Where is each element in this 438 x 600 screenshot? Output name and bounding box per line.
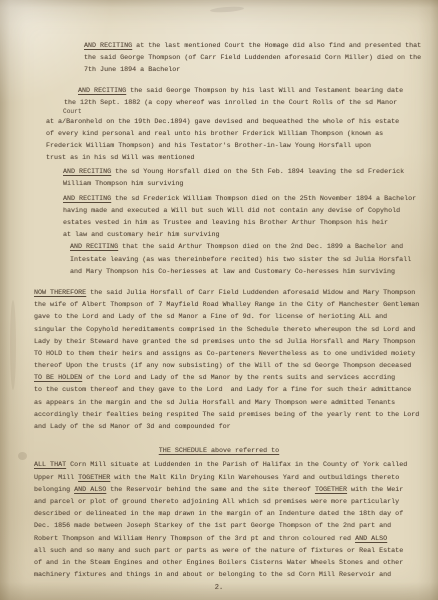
text-line: TO HOLD to them their heirs and assigns … bbox=[34, 348, 426, 360]
text-line: AND RECITING the said George Thompson by… bbox=[78, 85, 438, 97]
text-line: gave to the Lord and Lady of the sd Mano… bbox=[34, 311, 426, 323]
text-line: trust as in his sd Will was mentioned bbox=[46, 152, 438, 164]
underlined-phrase: AND RECITING bbox=[70, 243, 118, 251]
text-segment: gave to the Lord and Lady of the sd Mano… bbox=[34, 313, 387, 321]
text-segment: belonging bbox=[34, 486, 74, 494]
text-segment: Frederick William Thompson) and his Test… bbox=[46, 142, 371, 150]
text-segment: all such and so many and such part or pa… bbox=[34, 547, 403, 555]
text-segment: singular the Copyhold hereditaments comp… bbox=[34, 326, 415, 334]
text-segment: described or delineated in the map drawn… bbox=[34, 510, 403, 518]
text-line: thereof Upon the trusts (if any now subs… bbox=[34, 360, 426, 372]
text-segment: Upper Mill bbox=[34, 474, 78, 482]
text-segment: Dec. 1856 made between Joseph Starkey of… bbox=[34, 522, 391, 530]
underlined-phrase: AND ALSO bbox=[74, 486, 106, 494]
schedule-heading: THE SCHEDULE above referred to bbox=[0, 445, 438, 457]
text-line: at a/Baronheld on the 19th Dec.1894) gav… bbox=[46, 116, 438, 128]
text-segment: Court bbox=[63, 108, 82, 115]
text-segment: of every kind personal and real unto his… bbox=[46, 130, 383, 138]
underlined-phrase: THE SCHEDULE above referred to bbox=[159, 447, 279, 455]
page-number: 2. bbox=[0, 584, 438, 592]
underlined-phrase: AND ALSO bbox=[355, 535, 387, 543]
schedule-description: ALL THAT Corn Mill situate at Luddenden … bbox=[0, 459, 438, 581]
text-segment: William Thompson him surviving bbox=[63, 180, 183, 188]
text-segment: machinery fixtures and things in and abo… bbox=[34, 571, 391, 579]
text-segment: the wife of Albert Thompson of 7 Mayfiel… bbox=[34, 301, 419, 309]
text-line: AND RECITING at the last mentioned Court… bbox=[84, 40, 438, 52]
text-line: accordingly their fealties being respite… bbox=[34, 409, 426, 421]
text-line: the 12th Sept. 1882 (a copy whereof was … bbox=[64, 97, 438, 109]
text-line: to the custom thereof and they gave to t… bbox=[34, 384, 426, 396]
recital-court-homage: AND RECITING at the last mentioned Court… bbox=[0, 40, 438, 77]
recital-arthur-death: AND RECITING that the said Arthur Thomps… bbox=[0, 241, 438, 278]
underlined-phrase: NOW THEREFORE bbox=[34, 289, 86, 297]
text-segment: with the Malt Kiln Drying Kiln Warehouse… bbox=[110, 474, 399, 482]
text-line: estates vested in him as Trustee and lea… bbox=[63, 217, 438, 229]
text-line: at law and customary heir him surviving bbox=[63, 229, 438, 241]
recital-young-horsfall-death: AND RECITING the sd Young Horsfall died … bbox=[0, 166, 438, 190]
document-page: AND RECITING at the last mentioned Court… bbox=[0, 0, 438, 600]
text-segment: with the Weir bbox=[347, 486, 403, 494]
text-segment: having made and executed a Will but such… bbox=[63, 207, 400, 215]
text-line: AND RECITING that the said Arthur Thomps… bbox=[70, 241, 438, 253]
text-segment: that the said Arthur Thompson died on th… bbox=[118, 243, 403, 251]
text-line: having made and executed a Will but such… bbox=[63, 205, 438, 217]
text-line: belonging AND ALSO the Reservoir behind … bbox=[34, 484, 426, 496]
text-line: and Mary Thompson his Co-heriesses at la… bbox=[70, 266, 438, 278]
text-segment: the said Julia Horsfall of Carr Field Lu… bbox=[86, 289, 415, 297]
underlined-phrase: ALL THAT bbox=[34, 461, 66, 469]
text-line: William Thompson him surviving bbox=[63, 178, 438, 190]
text-line: described or delineated in the map drawn… bbox=[34, 508, 426, 520]
text-line: machinery fixtures and things in and abo… bbox=[34, 569, 426, 581]
text-line: AND RECITING the sd Young Horsfall died … bbox=[63, 166, 438, 178]
text-line: Court bbox=[46, 109, 438, 116]
recital-frederick-death: AND RECITING the sd Frederick William Th… bbox=[0, 193, 438, 242]
text-line: 7th June 1894 a Bachelor bbox=[84, 64, 438, 76]
text-segment: the said George Thompson (of Carr Field … bbox=[84, 54, 421, 62]
underlined-phrase: TOGETHER bbox=[315, 486, 347, 494]
text-line: all such and so many and such part or pa… bbox=[34, 545, 426, 557]
text-line: Robert Thompson and William Henry Thomps… bbox=[34, 533, 426, 545]
text-line: TO BE HOLDEN of the Lord and Lady of the… bbox=[34, 372, 426, 384]
underlined-phrase: TO BE HOLDEN bbox=[34, 374, 82, 382]
text-segment: as appears in the margin and the sd Juli… bbox=[34, 399, 395, 407]
text-line: NOW THEREFORE the said Julia Horsfall of… bbox=[34, 287, 426, 299]
text-segment: at the last mentioned Court the Homage d… bbox=[132, 42, 421, 50]
underlined-phrase: AND RECITING bbox=[63, 168, 111, 176]
text-segment: and parcel or plot of ground thereto adj… bbox=[34, 498, 399, 506]
text-line: and Lady of the sd Manor of 3d and compo… bbox=[34, 421, 426, 433]
text-segment: Robert Thompson and William Henry Thomps… bbox=[34, 535, 355, 543]
text-segment: Lady by their Steward have granted the s… bbox=[34, 338, 415, 346]
text-line: Intestate leaving (as was thereinbefore … bbox=[70, 254, 438, 266]
text-line: THE SCHEDULE above referred to bbox=[0, 445, 438, 457]
text-segment: to the custom thereof and they gave to t… bbox=[34, 386, 411, 394]
text-line: of every kind personal and real unto his… bbox=[46, 128, 438, 140]
text-line: and parcel or plot of ground thereto adj… bbox=[34, 496, 426, 508]
text-line: Lady by their Steward have granted the s… bbox=[34, 336, 426, 348]
text-line: singular the Copyhold hereditaments comp… bbox=[34, 324, 426, 336]
text-line: of and in the Steam Engines and other En… bbox=[34, 557, 426, 569]
text-segment: the sd Frederick William Thompson died o… bbox=[111, 195, 416, 203]
text-segment: the 12th Sept. 1882 (a copy whereof was … bbox=[64, 99, 397, 107]
text-segment: TO HOLD to them their heirs and assigns … bbox=[34, 350, 415, 358]
operative-admittance: NOW THEREFORE the said Julia Horsfall of… bbox=[0, 287, 438, 433]
text-segment: estates vested in him as Trustee and lea… bbox=[63, 219, 388, 227]
text-line: as appears in the margin and the sd Juli… bbox=[34, 397, 426, 409]
text-line: Dec. 1856 made between Joseph Starkey of… bbox=[34, 520, 426, 532]
text-segment: at a/Baronheld on the 19th Dec.1894) gav… bbox=[46, 118, 399, 126]
text-segment: at law and customary heir him surviving bbox=[63, 231, 220, 239]
document-body: AND RECITING at the last mentioned Court… bbox=[0, 0, 438, 581]
text-segment: of the Lord and Lady of the sd Manor by … bbox=[82, 374, 395, 382]
text-segment: accordingly their fealties being respite… bbox=[34, 411, 419, 419]
text-line: Frederick William Thompson) and his Test… bbox=[46, 140, 438, 152]
text-segment: the Reservoir behind the same and the si… bbox=[106, 486, 315, 494]
underlined-phrase: AND RECITING bbox=[84, 42, 132, 50]
text-line: the wife of Albert Thompson of 7 Mayfiel… bbox=[34, 299, 426, 311]
underlined-phrase: AND RECITING bbox=[78, 87, 126, 95]
text-segment: Intestate leaving (as was thereinbefore … bbox=[70, 256, 411, 264]
text-segment: Corn Mill situate at Luddenden in the Pa… bbox=[66, 461, 407, 469]
recital-will: AND RECITING the said George Thompson by… bbox=[0, 85, 438, 165]
text-line: the said George Thompson (of Carr Field … bbox=[84, 52, 438, 64]
text-segment: of and in the Steam Engines and other En… bbox=[34, 559, 403, 567]
text-line: AND RECITING the sd Frederick William Th… bbox=[63, 193, 438, 205]
text-segment: the said George Thompson by his last Wil… bbox=[126, 87, 403, 95]
text-segment: thereof Upon the trusts (if any now subs… bbox=[34, 362, 411, 370]
text-segment: and Mary Thompson his Co-heriesses at la… bbox=[70, 268, 395, 276]
text-line: ALL THAT Corn Mill situate at Luddenden … bbox=[34, 459, 426, 471]
text-segment: and Lady of the sd Manor of 3d and compo… bbox=[34, 423, 231, 431]
text-segment: the sd Young Horsfall died on the 5th Fe… bbox=[111, 168, 404, 176]
text-line: Upper Mill TOGETHER with the Malt Kiln D… bbox=[34, 472, 426, 484]
underlined-phrase: AND RECITING bbox=[63, 195, 111, 203]
text-segment: trust as in his sd Will was mentioned bbox=[46, 154, 195, 162]
text-segment: 7th June 1894 a Bachelor bbox=[84, 66, 180, 74]
underlined-phrase: TOGETHER bbox=[78, 474, 110, 482]
